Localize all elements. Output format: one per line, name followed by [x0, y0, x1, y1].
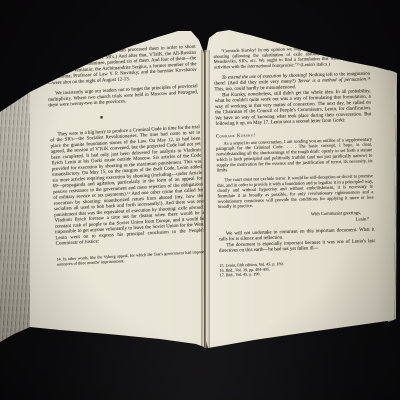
- text-run: But Kursky, nonetheless, still didn't ge…: [215, 88, 372, 127]
- right-running-title: The Law Becomes a Man: [306, 32, 354, 38]
- photo-background: 352 | THE GULAG ARCHIPELAGO had ended. (…: [0, 0, 400, 400]
- right-running-header: The Law Becomes a Man | 353: [213, 32, 369, 41]
- text-run: 14. In other words, like the Vyborg appe…: [56, 249, 206, 266]
- left-page-number: 352: [45, 39, 53, 44]
- lenin-first-letter-quote: “Comrade Kursky! In my opinion we ought …: [213, 44, 370, 70]
- text-run: Terror is a method of persuasion.: [298, 77, 368, 84]
- text-run: (Lenin's italics.): [299, 61, 330, 67]
- left-paragraph-continuation: had ended. (It was as though they had pr…: [46, 44, 198, 86]
- left-paragraph-2: We insistently urge our readers not to f…: [48, 83, 199, 108]
- book-gutter-fold: [201, 50, 210, 348]
- text-run: Lenin: [356, 216, 367, 221]
- left-running-title: THE GULAG ARCHIPELAGO: [60, 35, 136, 43]
- left-page-text-block: 352 | THE GULAG ARCHIPELAGO had ended. (…: [45, 39, 199, 334]
- text-run: We insistently urge our readers not to f…: [48, 83, 198, 108]
- left-paragraph-3: They were in a big hurry to produce a Cr…: [50, 124, 206, 247]
- left-header-separator: |: [52, 38, 60, 43]
- text-run: 17: [366, 217, 369, 220]
- right-header-separator: |: [354, 32, 362, 37]
- letter-body-2: The court must not exclude terror. It wo…: [217, 173, 374, 209]
- right-footnotes: 15. Lenin, fifth edition, Vol. 45, p. 18…: [219, 259, 375, 278]
- text-run: had ended. (It was as though they had pr…: [46, 44, 197, 86]
- section-break-marker: ■: [100, 110, 199, 120]
- left-running-header: 352 | THE GULAG ARCHIPELAGO: [45, 31, 195, 44]
- left-footnote: 14. In other words, like the Vyborg appe…: [56, 249, 206, 267]
- right-paragraph-3: But Kursky, nonetheless, still didn't ge…: [215, 88, 372, 127]
- right-page-number: 353: [362, 32, 369, 37]
- letter-body-1: As a sequel to our conversation, I am se…: [216, 136, 373, 172]
- text-run: The court must not exclude terror. It wo…: [217, 173, 374, 209]
- text-run: 16: [367, 77, 370, 80]
- text-run: As a sequel to our conversation, I am se…: [216, 136, 373, 172]
- right-page-text-block: The Law Becomes a Man | 353 “Comrade Kur…: [213, 36, 373, 336]
- text-run: international bourgeoisie.: [247, 62, 294, 68]
